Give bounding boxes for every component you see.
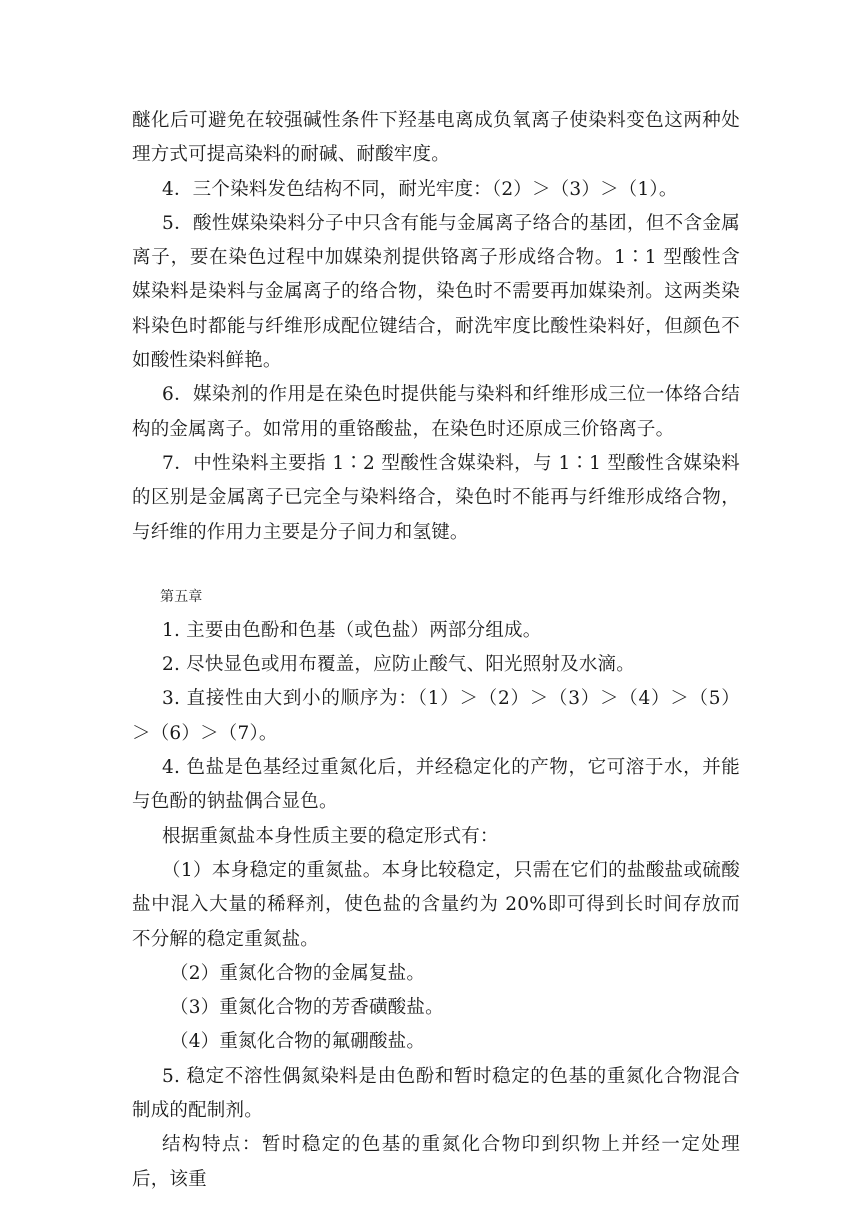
stabilization-form-4: （4）重氮化合物的氟硼酸盐。 xyxy=(132,1025,740,1059)
answer-6-mordant-role: 6．媒染剂的作用是在染色时提供能与染料和纤维形成三位一体络合结构的金属离子。如常… xyxy=(132,378,740,447)
paragraph-continuation: 醚化后可避免在较强碱性条件下羟基电离成负氧离子使染料变色这两种处理方式可提高染料… xyxy=(132,104,740,173)
stabilization-form-2: （2）重氮化合物的金属复盐。 xyxy=(132,957,740,991)
answer-7-neutral-dyes: 7．中性染料主要指 1∶2 型酸性含媒染料，与 1∶1 型酸性含媒染料的区别是金… xyxy=(132,447,740,550)
ch5-answer-4: 4. 色盐是色基经过重氮化后，并经稳定化的产物，它可溶于水，并能与色酚的钠盐偶合… xyxy=(132,751,740,820)
ch5-answer-5: 5. 稳定不溶性偶氮染料是由色酚和暂时稳定的色基的重氮化合物混合制成的配制剂。 xyxy=(132,1060,740,1129)
structure-features: 结构特点：暂时稳定的色基的重氮化合物印到织物上并经一定处理后，该重 xyxy=(132,1128,740,1197)
ch5-answer-1: 1. 主要由色酚和色基（或色盐）两部分组成。 xyxy=(132,614,740,648)
stabilization-intro: 根据重氮盐本身性质主要的稳定形式有： xyxy=(132,820,740,854)
stabilization-form-1: （1）本身稳定的重氮盐。本身比较稳定，只需在它们的盐酸盐或硫酸盐中混入大量的稀释… xyxy=(132,854,740,957)
ch5-answer-2: 2. 尽快显色或用布覆盖，应防止酸气、阳光照射及水滴。 xyxy=(132,648,740,682)
answer-4-lightfastness: 4．三个染料发色结构不同，耐光牢度：（2）＞（3）＞（1）。 xyxy=(132,173,740,207)
chapter-heading: 第五章 xyxy=(132,580,740,614)
ch5-answer-3: 3. 直接性由大到小的顺序为：（1）＞（2）＞（3）＞（4）＞（5）＞（6）＞（… xyxy=(132,682,740,751)
answer-5-acid-mordant-dyes: 5．酸性媒染染料分子中只含有能与金属离子络合的基团，但不含金属离子，要在染色过程… xyxy=(132,207,740,378)
document-page: 醚化后可避免在较强碱性条件下羟基电离成负氧离子使染料变色这两种处理方式可提高染料… xyxy=(132,104,740,1197)
stabilization-form-3: （3）重氮化合物的芳香磺酸盐。 xyxy=(132,991,740,1025)
